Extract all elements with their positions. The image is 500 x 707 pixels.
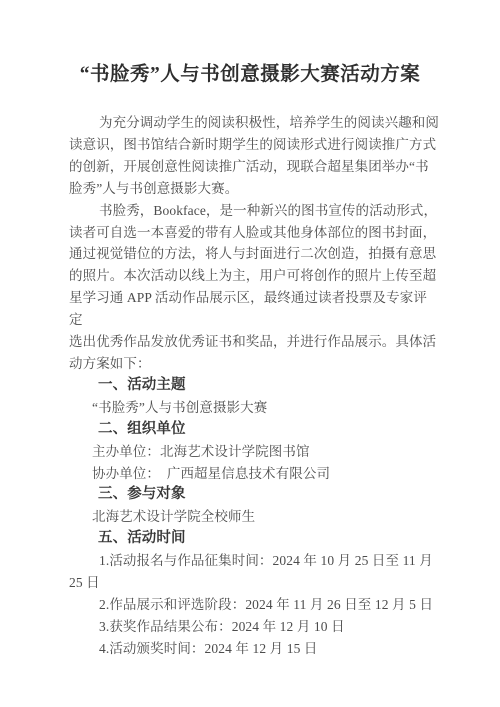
document-title: “书脸秀”人与书创意摄影大赛活动方案 [0, 0, 500, 88]
text-line: 2.作品展示和评选阶段：2024 年 11 月 26 日至 12 月 5 日 [69, 594, 440, 616]
section-heading: 五、活动时间 [69, 528, 440, 550]
text-line: 选出优秀作品发放优秀证书和奖品，并进行作品展示。具体活 [69, 331, 440, 353]
text-line: 的照片。本次活动以线上为主，用户可将创作的照片上传至超 [69, 265, 440, 287]
text-line: 协办单位： 广西超星信息技术有限公司 [69, 463, 440, 485]
text-line: 北海艺术设计学院全校师生 [69, 506, 440, 528]
document-body: 为充分调动学生的阅读积极性，培养学生的阅读兴趣和阅读意识，图书馆结合新时期学生的… [69, 112, 440, 660]
section-heading: 一、活动主题 [69, 375, 440, 397]
text-line: 星学习通 APP 活动作品展示区，最终通过读者投票及专家评定 [69, 287, 440, 331]
text-line: 为充分调动学生的阅读积极性，培养学生的阅读兴趣和阅 [69, 112, 440, 134]
text-line: 的创新，开展创意性阅读推广活动，现联合超星集团举办“书 [69, 156, 440, 178]
text-line: 主办单位：北海艺术设计学院图书馆 [69, 441, 440, 463]
text-line: 3.获奖作品结果公布：2024 年 12 月 10 日 [69, 616, 440, 638]
text-line: 读意识，图书馆结合新时期学生的阅读形式进行阅读推广方式 [69, 134, 440, 156]
text-line: 4.活动颁奖时间：2024 年 12 月 15 日 [69, 638, 440, 660]
text-line: “书脸秀”人与书创意摄影大赛 [69, 397, 440, 419]
document-page: “书脸秀”人与书创意摄影大赛活动方案 为充分调动学生的阅读积极性，培养学生的阅读… [0, 0, 500, 707]
text-line: 书脸秀，Bookface，是一种新兴的图书宣传的活动形式， [69, 200, 440, 222]
text-line: 脸秀”人与书创意摄影大赛。 [69, 178, 440, 200]
text-line: 25 日 [69, 572, 440, 594]
text-line: 通过视觉错位的方法，将人与封面进行二次创造，拍摄有意思 [69, 243, 440, 265]
section-heading: 三、参与对象 [69, 484, 440, 506]
section-heading: 二、组织单位 [69, 419, 440, 441]
text-line: 1.活动报名与作品征集时间：2024 年 10 月 25 日至 11 月 [69, 550, 440, 572]
text-line: 动方案如下： [69, 353, 440, 375]
text-line: 读者可自选一本喜爱的带有人脸或其他身体部位的图书封面， [69, 222, 440, 244]
